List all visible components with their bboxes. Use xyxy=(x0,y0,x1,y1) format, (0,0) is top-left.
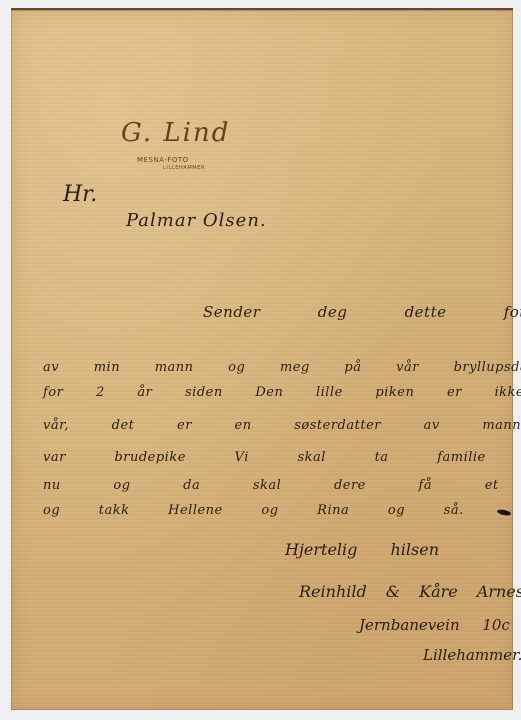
body-line: nu og da skal dere få et nytt, xyxy=(43,478,521,493)
city: Lillehammer. xyxy=(423,646,521,664)
photographer-stamp: G. Lind MESNA-FOTO LILLEHAMMER xyxy=(121,118,231,178)
stamp-signature: G. Lind xyxy=(121,118,230,148)
body-line: Sender deg dette fotografi xyxy=(203,303,521,321)
body-line: vår, det er en søsterdatter av mannen, h… xyxy=(43,418,521,433)
body-line: var brudepike Vi skal ta familie bilde xyxy=(43,450,521,465)
body-line: av min mann og meg på vår bryllupsdag xyxy=(43,360,521,375)
scan-background: G. Lind MESNA-FOTO LILLEHAMMER Hr. Palma… xyxy=(0,0,521,720)
recipient-name: Palmar Olsen. xyxy=(126,210,267,231)
address: Jernbanevein 10c xyxy=(359,616,510,634)
body-line: for 2 år siden Den lille piken er ikke xyxy=(43,385,521,400)
letter-paper: G. Lind MESNA-FOTO LILLEHAMMER Hr. Palma… xyxy=(11,8,513,710)
closing: Hjertelig hilsen xyxy=(285,540,439,559)
stamp-city: LILLEHAMMER xyxy=(163,165,205,171)
signers: Reinhild & Kåre Arnesen xyxy=(299,582,521,601)
stamp-brand: MESNA-FOTO xyxy=(137,156,189,164)
body-line: og takk Hellene og Rina og så. xyxy=(43,503,464,518)
salutation-prefix: Hr. xyxy=(63,182,97,207)
